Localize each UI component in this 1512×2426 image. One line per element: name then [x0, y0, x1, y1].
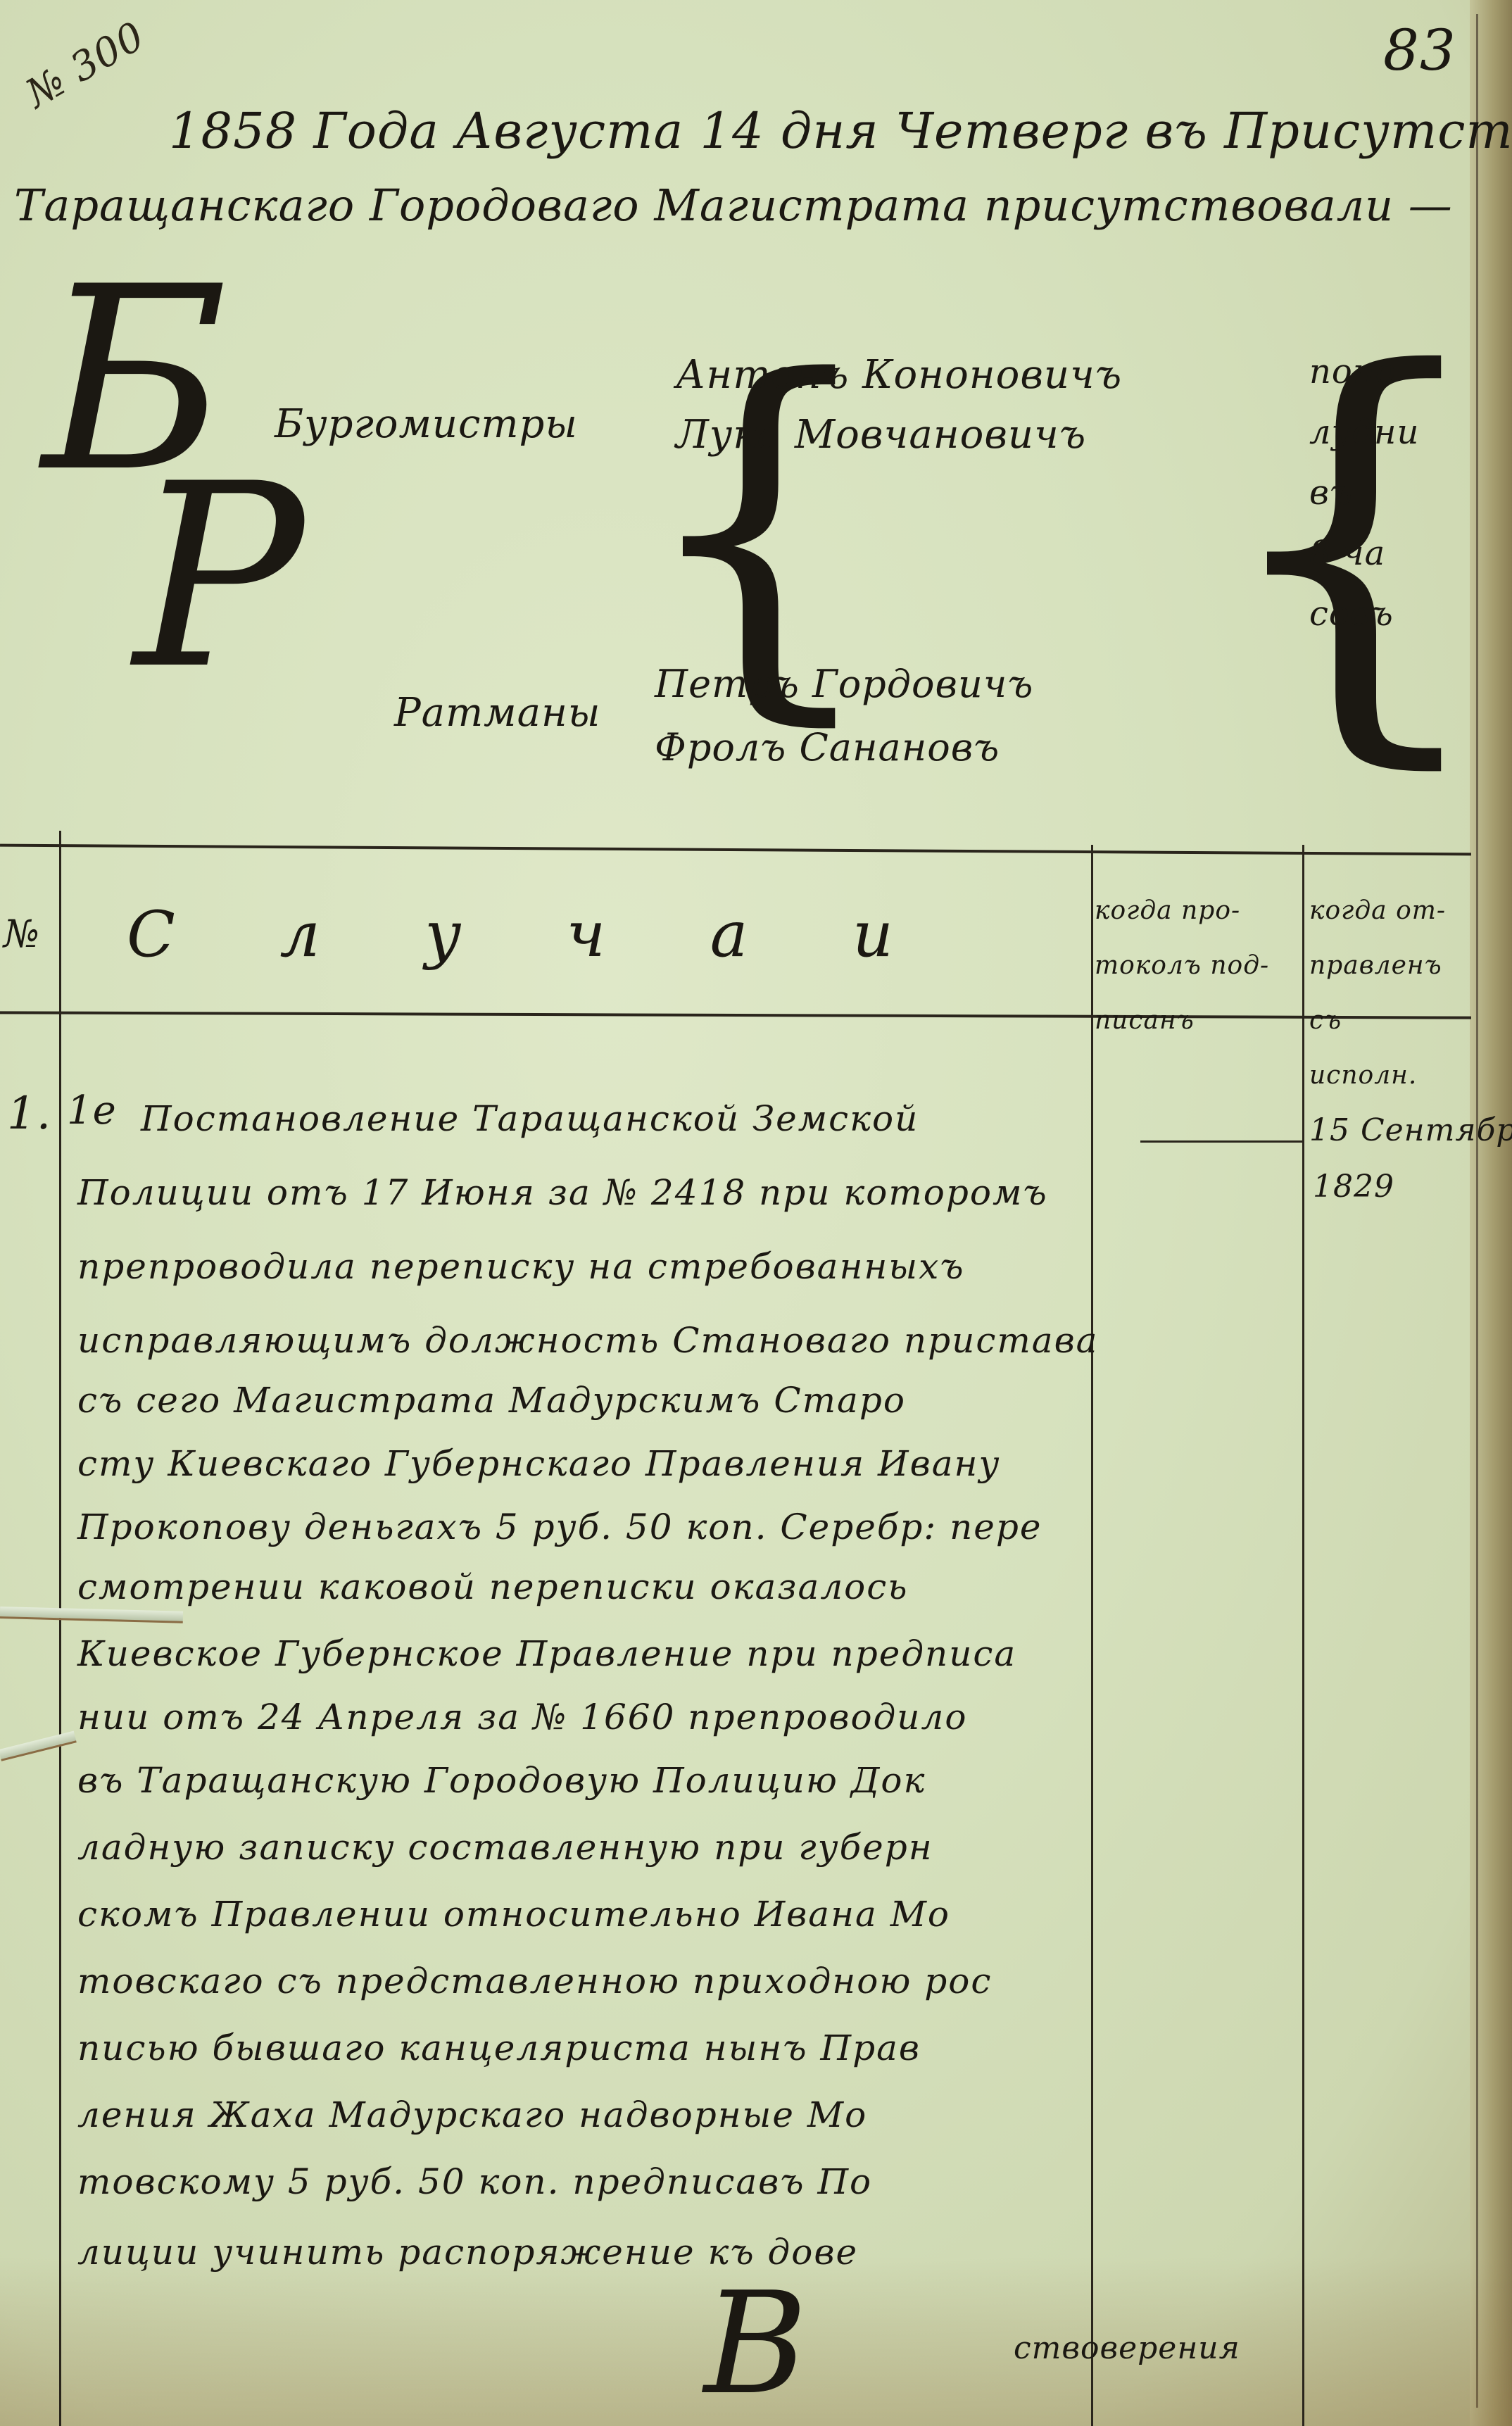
- session-note-line: попо: [1309, 352, 1408, 391]
- entry-text-line: препроводила переписку на стребованныхъ: [77, 1246, 1133, 1287]
- session-note-line: въ: [1309, 473, 1408, 513]
- number-column-rule: [59, 831, 61, 2426]
- entry-text-line: скомъ Правлении относительно Ивана Мо: [77, 1894, 1133, 1935]
- entry-text-line: съ сего Магистрата Мадурскимъ Старо: [77, 1380, 1133, 1421]
- decorative-initial-r: Р: [134, 451, 304, 704]
- signature-flourish: В: [704, 2274, 807, 2415]
- header-number: №: [4, 912, 40, 956]
- entry-text-line: Постановление Таращанской Земской: [141, 1098, 1197, 1139]
- entry-text-line: лиции учинить распоряжение къ дове: [77, 2232, 1133, 2273]
- burgomaster-name-2: Лука Мовчановичъ: [676, 412, 1086, 458]
- entry-text-line: Прокопову деньгахъ 5 руб. 50 коп. Серебр…: [77, 1507, 1133, 1547]
- entry-text-line: ления Жаха Мадурскаго надворные Мо: [77, 2094, 1133, 2135]
- entry-text-line: Киевское Губернское Правление при предпи…: [77, 1633, 1133, 1674]
- ratman-name-1: Петръ Гордовичъ: [655, 662, 1033, 706]
- entry-number: 1.: [7, 1088, 51, 1140]
- entry-text-line: сту Киевскаго Губернскаго Правления Иван…: [77, 1443, 1133, 1484]
- session-note-line: лудни: [1309, 413, 1408, 452]
- entry-text-line: товскаго съ представленною приходною рос: [77, 1961, 1133, 2001]
- folio-number: 83: [1383, 18, 1456, 83]
- header-when-signed: когда про-токолъ под-писанъ: [1095, 884, 1299, 1048]
- entry-text-line: исправляющимъ должность Становаго приста…: [77, 1320, 1133, 1361]
- sent-column-rule: [1302, 845, 1304, 2426]
- entry-text-line: товскому 5 руб. 50 коп. предписавъ По: [77, 2161, 1133, 2202]
- ratman-name-2: Фролъ Санановъ: [655, 725, 1000, 769]
- header-matters: С л у ч а и: [127, 898, 935, 972]
- ratmans-label: Ратманы: [394, 690, 600, 736]
- heading-line-2: Таращанскаго Городоваго Магистрата прису…: [14, 180, 1453, 231]
- entry-sub-number: 1е: [67, 1088, 117, 1133]
- entry-text-line: ладную записку составленную при губерн: [77, 1827, 1133, 1868]
- entry-text-line: Полиции отъ 17 Июня за № 2418 при которо…: [77, 1172, 1133, 1213]
- burgomaster-name-1: Антонъ Кононовичъ: [676, 352, 1122, 398]
- burgomasters-label: Бургомистры: [275, 401, 578, 447]
- session-note-line: 8 ча: [1309, 534, 1408, 573]
- entry-text-line: нии отъ 24 Апреля за № 1660 препроводило: [77, 1697, 1133, 1737]
- entry-sent-date-year: 1829: [1313, 1169, 1394, 1205]
- entry-sent-date-day: 15 Сентября: [1309, 1112, 1512, 1148]
- session-note: попо лудни въ 8 ча совъ: [1309, 352, 1408, 634]
- entry-text-line: въ Таращанскую Городовую Полицию Док: [77, 1760, 1133, 1801]
- dash-connector: [1140, 1140, 1302, 1143]
- header-when-sent: когда от-правленъ съ исполн.: [1309, 884, 1457, 1103]
- entry-text-line: смотрении каковой переписки оказалось: [77, 1566, 1133, 1607]
- session-note-line: совъ: [1309, 594, 1408, 634]
- entry-text-line: писью бывшаго канцеляриста нынъ Прав: [77, 2028, 1133, 2068]
- heading-line-1: 1858 Года Августа 14 дня Четверг въ Прис…: [169, 102, 1512, 160]
- signature-note: ствоверения: [1014, 2330, 1240, 2366]
